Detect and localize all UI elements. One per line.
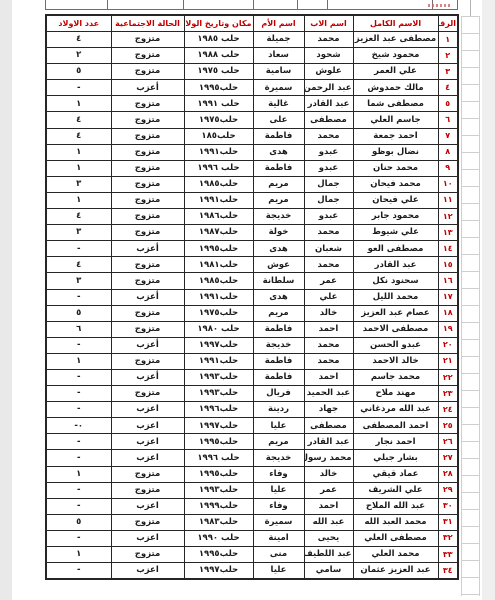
marital-status-cell: متزوج bbox=[111, 160, 184, 176]
full-name-cell: محمد الليل bbox=[353, 289, 438, 305]
full-name-cell: محمد العلي bbox=[353, 547, 438, 563]
full-name-cell: مصطفى العو bbox=[353, 241, 438, 257]
marital-status-cell: اعزب bbox=[111, 498, 184, 514]
father-name-cell: خالد bbox=[304, 466, 353, 482]
marital-status-cell: أعزب bbox=[111, 369, 184, 385]
birth-place-date-cell: حلب١٩٨٣ bbox=[184, 514, 253, 530]
full-name-cell: احمد المصطفى bbox=[353, 418, 438, 434]
clipped-red-text-remnant bbox=[428, 4, 452, 7]
mother-name-cell: مريم bbox=[253, 192, 304, 208]
marital-status-cell: متزوج bbox=[111, 514, 184, 530]
father-name-cell: عمر bbox=[304, 482, 353, 498]
marital-status-cell: أعزب bbox=[111, 337, 184, 353]
children-count-cell: - bbox=[46, 482, 111, 498]
mother-name-cell: خديجة bbox=[253, 337, 304, 353]
row-number-cell: ٣١ bbox=[438, 514, 458, 530]
header-row: الرقمالاسم الكاملاسم الاباسم الأممكان وت… bbox=[46, 15, 458, 32]
table-row: ٣١محمد العبد اللهعبد اللهسميرةحلب١٩٨٣متز… bbox=[46, 514, 458, 530]
mother-name-cell: وفاء bbox=[253, 466, 304, 482]
marital-status-cell: أعزب bbox=[111, 80, 184, 96]
mother-name-cell: سامية bbox=[253, 64, 304, 80]
children-count-cell: - bbox=[46, 498, 111, 514]
clipped-cell bbox=[45, 0, 107, 9]
table-row: ١٣علي شيوطمحمدخولةحلب١٩٨٧متزوج٣ bbox=[46, 225, 458, 241]
row-number-cell: ٢٢ bbox=[438, 369, 458, 385]
children-count-cell: - bbox=[46, 80, 111, 96]
full-name-cell: عماد قيقي bbox=[353, 466, 438, 482]
birth-place-date-cell: حلب١٩٨١ bbox=[184, 257, 253, 273]
mother-name-cell: وفاء bbox=[253, 498, 304, 514]
row-number-cell: ٢٧ bbox=[438, 450, 458, 466]
full-name-cell: احمد جمعة bbox=[353, 128, 438, 144]
table-row: ٧احمد جمعةمحمدفاطمةحلب١٨٥متزوج٤ bbox=[46, 128, 458, 144]
table-row: ١٨عصام عبد العزيزخالدمريمحلب١٩٧٥متزوج٥ bbox=[46, 305, 458, 321]
birth-place-date-cell: حلب١٩٩٦ bbox=[184, 402, 253, 418]
birth-place-date-cell: حلب ١٩٨٨ bbox=[184, 48, 253, 64]
children-count-cell: ٥ bbox=[46, 514, 111, 530]
children-count-cell: ٣ bbox=[46, 176, 111, 192]
children-count-cell: ٤ bbox=[46, 32, 111, 48]
children-count-cell: - bbox=[46, 402, 111, 418]
father-name-cell: عبد القادر bbox=[304, 96, 353, 112]
birth-place-date-cell: حلب ١٩٩٠ bbox=[184, 530, 253, 546]
father-name-cell: عمر bbox=[304, 273, 353, 289]
marital-status-cell: متزوج bbox=[111, 482, 184, 498]
marital-status-cell: متزوج bbox=[111, 257, 184, 273]
mother-name-cell: هدى bbox=[253, 144, 304, 160]
mother-name-cell: عليا bbox=[253, 563, 304, 580]
row-number-cell: ٨ bbox=[438, 144, 458, 160]
mother-name-cell: مريم bbox=[253, 434, 304, 450]
marital-status-cell: متزوج bbox=[111, 176, 184, 192]
father-name-cell: علوش bbox=[304, 64, 353, 80]
mother-name-cell: خديجة bbox=[253, 209, 304, 225]
mother-name-cell: سميرة bbox=[253, 80, 304, 96]
children-count-cell: - bbox=[46, 369, 111, 385]
marital-status-cell: متزوج bbox=[111, 466, 184, 482]
marital-status-cell: متزوج bbox=[111, 128, 184, 144]
father-name-cell: مصطفى bbox=[304, 112, 353, 128]
father-name-cell: خالد bbox=[304, 305, 353, 321]
birth-place-date-cell: حلب ١٩٩٦ bbox=[184, 160, 253, 176]
children-count-cell: ١ bbox=[46, 547, 111, 563]
table-row: ١٢محمود جابرعبدوخديجةحلب١٩٨٦متزوج٤ bbox=[46, 209, 458, 225]
table-row: ٢٩علي الشريفعمرعلياحلب١٩٩٣متزوج- bbox=[46, 482, 458, 498]
row-number-cell: ١٦ bbox=[438, 273, 458, 289]
birth-place-date-cell: حلب١٩٨٦ bbox=[184, 209, 253, 225]
father-name-cell: عبدو bbox=[304, 209, 353, 225]
table-row: ١٥عبد القادرمحمدعوشحلب١٩٨١متزوج٤ bbox=[46, 257, 458, 273]
personnel-table: الرقمالاسم الكاملاسم الاباسم الأممكان وت… bbox=[45, 14, 459, 580]
children-count-cell: ٣ bbox=[46, 225, 111, 241]
birth-place-date-cell: حلب١٩٩٧ bbox=[184, 337, 253, 353]
mother-name-cell: سميرة bbox=[253, 514, 304, 530]
clipped-cell bbox=[107, 0, 183, 9]
table-row: ١مصطفى عبد العزيزمحمدجميلةحلب ١٩٨٥متزوج٤ bbox=[46, 32, 458, 48]
father-name-cell: عبد الحميد bbox=[304, 386, 353, 402]
children-count-cell: ٠- bbox=[46, 418, 111, 434]
birth-place-date-cell: حلب١٩٧٥ bbox=[184, 112, 253, 128]
clipped-table-above bbox=[45, 0, 458, 10]
table-row: ٤مالك حمدوشعبد الرحمنسميرةحلب١٩٩٥أعزب- bbox=[46, 80, 458, 96]
children-count-cell: - bbox=[46, 241, 111, 257]
full-name-cell: علي العمر bbox=[353, 64, 438, 80]
father-name-cell: مصطفى bbox=[304, 418, 353, 434]
table-row: ٣٤عبد العزيز عثمانساميعلياحلب١٩٩٧اعزب- bbox=[46, 563, 458, 580]
table-row: ٨نضال بوظوعبدوهدىحلب١٩٩١متزوج١ bbox=[46, 144, 458, 160]
row-number-cell: ٢٤ bbox=[438, 402, 458, 418]
children-count-cell: - bbox=[46, 563, 111, 580]
table-row: ٣٠عبد الله الملاحاحمدوفاءحلب١٩٩٩اعزب- bbox=[46, 498, 458, 514]
father-name-cell: عبد الله bbox=[304, 514, 353, 530]
marital-status-cell: اعزب bbox=[111, 402, 184, 418]
column-header: مكان وتاريخ الولادة bbox=[184, 15, 253, 32]
row-number-cell: ٣٣ bbox=[438, 547, 458, 563]
marital-status-cell: متزوج bbox=[111, 273, 184, 289]
full-name-cell: مالك حمدوش bbox=[353, 80, 438, 96]
row-number-cell: ٣٢ bbox=[438, 530, 458, 546]
row-number-cell: ٢٦ bbox=[438, 434, 458, 450]
column-header: اسم الاب bbox=[304, 15, 353, 32]
birth-place-date-cell: حلب١٩٩١ bbox=[184, 353, 253, 369]
marital-status-cell: متزوج bbox=[111, 48, 184, 64]
marital-status-cell: متزوج bbox=[111, 144, 184, 160]
column-header: اسم الأم bbox=[253, 15, 304, 32]
children-count-cell: ١ bbox=[46, 96, 111, 112]
table-row: ١٩مصطفى الاحمداحمدفاطمةحلب ١٩٨٠متزوج٦ bbox=[46, 321, 458, 337]
table-row: ٣٢مصطفى العلييحيىامينةحلب ١٩٩٠اعزب- bbox=[46, 530, 458, 546]
birth-place-date-cell: حلب١٩٨٧ bbox=[184, 225, 253, 241]
full-name-cell: محمود شيخ bbox=[353, 48, 438, 64]
mother-name-cell: فاطمة bbox=[253, 128, 304, 144]
page-left-margin bbox=[0, 0, 12, 600]
row-number-cell: ٣ bbox=[438, 64, 458, 80]
marital-status-cell: اعزب bbox=[111, 563, 184, 580]
column-header: الاسم الكامل bbox=[353, 15, 438, 32]
marital-status-cell: متزوج bbox=[111, 32, 184, 48]
mother-name-cell: هدى bbox=[253, 289, 304, 305]
table-row: ١٧محمد الليلعليهدىحلب١٩٩١أعزب- bbox=[46, 289, 458, 305]
birth-place-date-cell: حلب١٩٩٥ bbox=[184, 241, 253, 257]
birth-place-date-cell: حلب١٩٩٩ bbox=[184, 498, 253, 514]
marital-status-cell: متزوج bbox=[111, 112, 184, 128]
table-row: ٢٣مهند ملاحعبد الحميدفريالحلب١٩٩٣متزوج- bbox=[46, 386, 458, 402]
table-row: ٣علي العمرعلوشساميةحلب ١٩٧٥متزوج٥ bbox=[46, 64, 458, 80]
mother-name-cell: سلطانة bbox=[253, 273, 304, 289]
row-number-cell: ١٢ bbox=[438, 209, 458, 225]
father-name-cell: عبد اللطيف bbox=[304, 547, 353, 563]
clipped-cell bbox=[183, 0, 253, 9]
clipped-cell bbox=[297, 0, 327, 9]
row-number-cell: ٢١ bbox=[438, 353, 458, 369]
birth-place-date-cell: حلب١٩٩٣ bbox=[184, 482, 253, 498]
full-name-cell: محمود جابر bbox=[353, 209, 438, 225]
mother-name-cell: فاطمة bbox=[253, 160, 304, 176]
mother-name-cell: جميلة bbox=[253, 32, 304, 48]
full-name-cell: محمد العبد الله bbox=[353, 514, 438, 530]
marital-status-cell: متزوج bbox=[111, 353, 184, 369]
full-name-cell: مهند ملاح bbox=[353, 386, 438, 402]
father-name-cell: عبدو bbox=[304, 160, 353, 176]
row-number-cell: ١٣ bbox=[438, 225, 458, 241]
birth-place-date-cell: حلب١٩٧٥ bbox=[184, 305, 253, 321]
full-name-cell: علي الشريف bbox=[353, 482, 438, 498]
mother-name-cell: على bbox=[253, 112, 304, 128]
father-name-cell: جمال bbox=[304, 192, 353, 208]
marital-status-cell: متزوج bbox=[111, 386, 184, 402]
table-row: ٩محمد حنانعبدوفاطمةحلب ١٩٩٦متزوج١ bbox=[46, 160, 458, 176]
row-number-cell: ١٧ bbox=[438, 289, 458, 305]
full-name-cell: بشار جبلي bbox=[353, 450, 438, 466]
marital-status-cell: اعزب bbox=[111, 450, 184, 466]
mother-name-cell: عليا bbox=[253, 418, 304, 434]
table-row: ٢محمود شيخشحودسعادحلب ١٩٨٨متزوج٢ bbox=[46, 48, 458, 64]
birth-place-date-cell: حلب١٩٩٣ bbox=[184, 386, 253, 402]
table-row: ٢١خالد الاحمدمحمدفاطمةحلب١٩٩١متزوج١ bbox=[46, 353, 458, 369]
marital-status-cell: اعزب bbox=[111, 530, 184, 546]
birth-place-date-cell: حلب ١٩٩١ bbox=[184, 96, 253, 112]
row-number-cell: ١١ bbox=[438, 192, 458, 208]
clipped-cell bbox=[253, 0, 297, 9]
marital-status-cell: متزوج bbox=[111, 209, 184, 225]
birth-place-date-cell: حلب ١٩٨٠ bbox=[184, 321, 253, 337]
children-count-cell: ١ bbox=[46, 466, 111, 482]
marital-status-cell: متزوج bbox=[111, 192, 184, 208]
table-row: ٢٥احمد المصطفىمصطفىعلياحلب١٩٩٧اعزب٠- bbox=[46, 418, 458, 434]
row-number-cell: ١٨ bbox=[438, 305, 458, 321]
father-name-cell: احمد bbox=[304, 498, 353, 514]
mother-name-cell: سعاد bbox=[253, 48, 304, 64]
table-border-fragment bbox=[470, 0, 471, 17]
father-name-cell: محمد bbox=[304, 32, 353, 48]
mother-name-cell: خولة bbox=[253, 225, 304, 241]
father-name-cell: جهاد bbox=[304, 402, 353, 418]
table-row: ٢٠عبدو الحسنمحمدخديجةحلب١٩٩٧أعزب- bbox=[46, 337, 458, 353]
full-name-cell: علي شيوط bbox=[353, 225, 438, 241]
row-number-cell: ١٠ bbox=[438, 176, 458, 192]
birth-place-date-cell: حلب١٩٨٥ bbox=[184, 273, 253, 289]
empty-side-cell-column bbox=[461, 16, 480, 596]
row-number-cell: ٣٠ bbox=[438, 498, 458, 514]
father-name-cell: محمد bbox=[304, 353, 353, 369]
children-count-cell: ١ bbox=[46, 192, 111, 208]
father-name-cell: جمال bbox=[304, 176, 353, 192]
table-row: ٣٣محمد العليعبد اللطيفمنىحلب١٩٩٥متزوج١ bbox=[46, 547, 458, 563]
father-name-cell: علي bbox=[304, 289, 353, 305]
marital-status-cell: متزوج bbox=[111, 547, 184, 563]
children-count-cell: ٤ bbox=[46, 128, 111, 144]
mother-name-cell: خديجة bbox=[253, 450, 304, 466]
mother-name-cell: عوش bbox=[253, 257, 304, 273]
full-name-cell: عبد القادر bbox=[353, 257, 438, 273]
father-name-cell: محمد bbox=[304, 337, 353, 353]
father-name-cell: احمد bbox=[304, 369, 353, 385]
mother-name-cell: مريم bbox=[253, 176, 304, 192]
birth-place-date-cell: حلب١٩٩٧ bbox=[184, 563, 253, 580]
children-count-cell: - bbox=[46, 386, 111, 402]
mother-name-cell: عليا bbox=[253, 482, 304, 498]
full-name-cell: عبدو الحسن bbox=[353, 337, 438, 353]
father-name-cell: محمد bbox=[304, 257, 353, 273]
row-number-cell: ٢٨ bbox=[438, 466, 458, 482]
father-name-cell: عبد القادر bbox=[304, 434, 353, 450]
children-count-cell: ١ bbox=[46, 353, 111, 369]
children-count-cell: ٢ bbox=[46, 48, 111, 64]
marital-status-cell: متزوج bbox=[111, 305, 184, 321]
table-row: ٢٤عبد الله مردغانيجهادردينةحلب١٩٩٦اعزب- bbox=[46, 402, 458, 418]
row-number-cell: ٤ bbox=[438, 80, 458, 96]
column-header: الرقم bbox=[438, 15, 458, 32]
children-count-cell: - bbox=[46, 434, 111, 450]
birth-place-date-cell: حلب١٩٩٧ bbox=[184, 418, 253, 434]
page-right-margin bbox=[482, 0, 495, 600]
birth-place-date-cell: حلب١٩٩١ bbox=[184, 192, 253, 208]
table-row: ١٠محمد فيحانجمالمريمحلب١٩٨٥متزوج٣ bbox=[46, 176, 458, 192]
marital-status-cell: متزوج bbox=[111, 64, 184, 80]
father-name-cell: شعبان bbox=[304, 241, 353, 257]
children-count-cell: - bbox=[46, 450, 111, 466]
full-name-cell: عبد الله مردغاني bbox=[353, 402, 438, 418]
row-number-cell: ٥ bbox=[438, 96, 458, 112]
father-name-cell: احمد bbox=[304, 321, 353, 337]
full-name-cell: محمد جاسم bbox=[353, 369, 438, 385]
full-name-cell: سحنود نكل bbox=[353, 273, 438, 289]
mother-name-cell: ردينة bbox=[253, 402, 304, 418]
row-number-cell: ٦ bbox=[438, 112, 458, 128]
table-row: ١٤مصطفى العوشعبانهدىحلب١٩٩٥أعزب- bbox=[46, 241, 458, 257]
full-name-cell: محمد حنان bbox=[353, 160, 438, 176]
row-number-cell: ١٥ bbox=[438, 257, 458, 273]
table-row: ١١علي فيحانجمالمريمحلب١٩٩١متزوج١ bbox=[46, 192, 458, 208]
table-row: ٦جاسم العليمصطفىعلىحلب١٩٧٥متزوج٤ bbox=[46, 112, 458, 128]
birth-place-date-cell: حلب ١٩٨٥ bbox=[184, 32, 253, 48]
children-count-cell: - bbox=[46, 337, 111, 353]
birth-place-date-cell: حلب١٨٥ bbox=[184, 128, 253, 144]
column-header: الحالة الاجتماعية bbox=[111, 15, 184, 32]
birth-place-date-cell: حلب١٩٩٥ bbox=[184, 80, 253, 96]
children-count-cell: ١ bbox=[46, 144, 111, 160]
row-number-cell: ٢ bbox=[438, 48, 458, 64]
father-name-cell: محمد رسول bbox=[304, 450, 353, 466]
full-name-cell: علي فيحان bbox=[353, 192, 438, 208]
mother-name-cell: فاطمة bbox=[253, 353, 304, 369]
full-name-cell: مصطفى شما bbox=[353, 96, 438, 112]
birth-place-date-cell: حلب١٩٩٥ bbox=[184, 466, 253, 482]
row-number-cell: ١ bbox=[438, 32, 458, 48]
full-name-cell: عصام عبد العزيز bbox=[353, 305, 438, 321]
father-name-cell: شحود bbox=[304, 48, 353, 64]
birth-place-date-cell: حلب ١٩٩٦ bbox=[184, 450, 253, 466]
table-body: ١مصطفى عبد العزيزمحمدجميلةحلب ١٩٨٥متزوج٤… bbox=[46, 32, 458, 580]
row-number-cell: ٩ bbox=[438, 160, 458, 176]
table-row: ٢٦احمد نجارعبد القادرمريمحلب١٩٩٥اعزب- bbox=[46, 434, 458, 450]
mother-name-cell: هدى bbox=[253, 241, 304, 257]
full-name-cell: خالد الاحمد bbox=[353, 353, 438, 369]
mother-name-cell: امينة bbox=[253, 530, 304, 546]
marital-status-cell: أعزب bbox=[111, 241, 184, 257]
father-name-cell: محمد bbox=[304, 225, 353, 241]
children-count-cell: ٤ bbox=[46, 209, 111, 225]
table-row: ٢٨عماد قيقيخالدوفاءحلب١٩٩٥متزوج١ bbox=[46, 466, 458, 482]
row-number-cell: ١٩ bbox=[438, 321, 458, 337]
full-name-cell: مصطفى الاحمد bbox=[353, 321, 438, 337]
birth-place-date-cell: حلب١٩٨٥ bbox=[184, 176, 253, 192]
full-name-cell: عبد العزيز عثمان bbox=[353, 563, 438, 580]
full-name-cell: احمد نجار bbox=[353, 434, 438, 450]
table-row: ٢٢محمد جاسماحمدفاطمةحلب١٩٩٣أعزب- bbox=[46, 369, 458, 385]
full-name-cell: عبد الله الملاح bbox=[353, 498, 438, 514]
father-name-cell: يحيى bbox=[304, 530, 353, 546]
birth-place-date-cell: حلب١٩٩١ bbox=[184, 289, 253, 305]
full-name-cell: نضال بوظو bbox=[353, 144, 438, 160]
clipped-cell bbox=[327, 0, 432, 9]
children-count-cell: ٤ bbox=[46, 257, 111, 273]
mother-name-cell: فاطمة bbox=[253, 321, 304, 337]
birth-place-date-cell: حلب١٩٩١ bbox=[184, 144, 253, 160]
mother-name-cell: منى bbox=[253, 547, 304, 563]
children-count-cell: - bbox=[46, 530, 111, 546]
column-header: عدد الاولاد bbox=[46, 15, 111, 32]
mother-name-cell: مريم bbox=[253, 305, 304, 321]
children-count-cell: ٣ bbox=[46, 273, 111, 289]
row-number-cell: ٢٠ bbox=[438, 337, 458, 353]
birth-place-date-cell: حلب١٩٩٥ bbox=[184, 434, 253, 450]
row-number-cell: ٧ bbox=[438, 128, 458, 144]
birth-place-date-cell: حلب١٩٩٣ bbox=[184, 369, 253, 385]
children-count-cell: ٥ bbox=[46, 305, 111, 321]
table-row: ٥مصطفى شماعبد القادرغاليةحلب ١٩٩١متزوج١ bbox=[46, 96, 458, 112]
father-name-cell: عبد الرحمن bbox=[304, 80, 353, 96]
mother-name-cell: غالية bbox=[253, 96, 304, 112]
marital-status-cell: متزوج bbox=[111, 225, 184, 241]
full-name-cell: جاسم العلي bbox=[353, 112, 438, 128]
father-name-cell: سامي bbox=[304, 563, 353, 580]
row-number-cell: ٢٣ bbox=[438, 386, 458, 402]
table-row: ١٦سحنود نكلعمرسلطانةحلب١٩٨٥متزوج٣ bbox=[46, 273, 458, 289]
children-count-cell: ١ bbox=[46, 160, 111, 176]
document-page: { "colors": { "header_text": "#C00000", … bbox=[0, 0, 495, 600]
marital-status-cell: متزوج bbox=[111, 321, 184, 337]
birth-place-date-cell: حلب١٩٩٥ bbox=[184, 547, 253, 563]
mother-name-cell: فريال bbox=[253, 386, 304, 402]
children-count-cell: ٦ bbox=[46, 321, 111, 337]
children-count-cell: ٥ bbox=[46, 64, 111, 80]
marital-status-cell: متزوج bbox=[111, 96, 184, 112]
mother-name-cell: فاطمة bbox=[253, 369, 304, 385]
birth-place-date-cell: حلب ١٩٧٥ bbox=[184, 64, 253, 80]
row-number-cell: ٢٥ bbox=[438, 418, 458, 434]
children-count-cell: ٤ bbox=[46, 112, 111, 128]
full-name-cell: مصطفى العلي bbox=[353, 530, 438, 546]
marital-status-cell: اعزب bbox=[111, 418, 184, 434]
father-name-cell: محمد bbox=[304, 128, 353, 144]
children-count-cell: - bbox=[46, 289, 111, 305]
row-number-cell: ٣٤ bbox=[438, 563, 458, 580]
row-number-cell: ٢٩ bbox=[438, 482, 458, 498]
row-number-cell: ١٤ bbox=[438, 241, 458, 257]
table-header: الرقمالاسم الكاملاسم الاباسم الأممكان وت… bbox=[46, 15, 458, 32]
father-name-cell: عبدو bbox=[304, 144, 353, 160]
table-row: ٢٧بشار جبليمحمد رسولخديجةحلب ١٩٩٦اعزب- bbox=[46, 450, 458, 466]
marital-status-cell: اعزب bbox=[111, 434, 184, 450]
full-name-cell: مصطفى عبد العزيز bbox=[353, 32, 438, 48]
marital-status-cell: أعزب bbox=[111, 289, 184, 305]
full-name-cell: محمد فيحان bbox=[353, 176, 438, 192]
